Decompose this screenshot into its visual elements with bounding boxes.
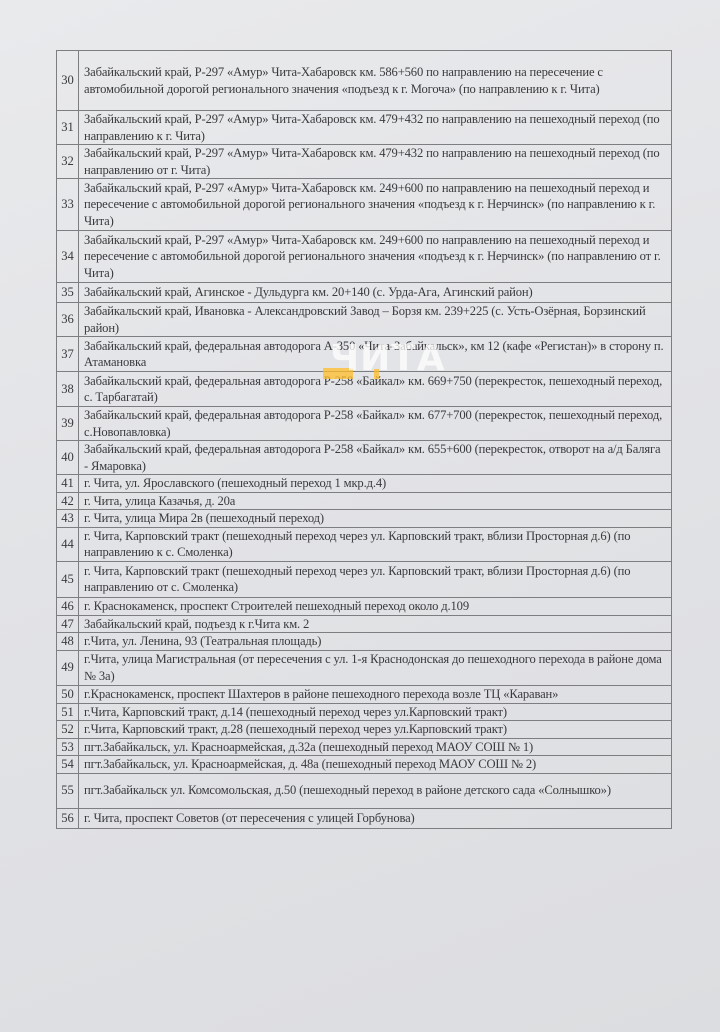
row-location-text: Забайкальский край, Р-297 «Амур» Чита-Ха…: [79, 231, 672, 283]
table-row: 52г.Чита, Карповский тракт, д.28 (пешехо…: [57, 721, 672, 739]
table-row: 55пгт.Забайкальск ул. Комсомольская, д.5…: [57, 773, 672, 808]
table-row: 38Забайкальский край, федеральная автодо…: [57, 372, 672, 407]
row-location-text: Забайкальский край, федеральная автодоро…: [79, 407, 672, 441]
row-number: 38: [57, 372, 79, 407]
row-number: 42: [57, 492, 79, 510]
row-number: 30: [57, 51, 79, 111]
row-number: 50: [57, 685, 79, 703]
row-location-text: г.Чита, улица Магистральная (от пересече…: [79, 650, 672, 685]
row-location-text: г. Чита, ул. Ярославского (пешеходный пе…: [79, 475, 672, 493]
table-row: 45г. Чита, Карповский тракт (пешеходный …: [57, 561, 672, 597]
row-location-text: Забайкальский край, федеральная автодоро…: [79, 441, 672, 475]
locations-table: 30Забайкальский край, Р-297 «Амур» Чита-…: [56, 50, 672, 829]
row-number: 33: [57, 179, 79, 231]
row-number: 36: [57, 303, 79, 337]
row-location-text: пгт.Забайкальск, ул. Красноармейская, д.…: [79, 756, 672, 774]
table-row: 31Забайкальский край, Р-297 «Амур» Чита-…: [57, 111, 672, 145]
row-location-text: г.Чита, Карповский тракт, д.14 (пешеходн…: [79, 703, 672, 721]
row-number: 44: [57, 527, 79, 561]
row-location-text: г. Чита, улица Мира 2в (пешеходный перех…: [79, 510, 672, 528]
row-location-text: Забайкальский край, федеральная автодоро…: [79, 337, 672, 372]
row-location-text: Забайкальский край, Р-297 «Амур» Чита-Ха…: [79, 179, 672, 231]
row-number: 32: [57, 145, 79, 179]
table-row: 43г. Чита, улица Мира 2в (пешеходный пер…: [57, 510, 672, 528]
table-row: 48г.Чита, ул. Ленина, 93 (Театральная пл…: [57, 633, 672, 651]
row-number: 34: [57, 231, 79, 283]
row-location-text: г.Чита, Карповский тракт, д.28 (пешеходн…: [79, 721, 672, 739]
row-location-text: Забайкальский край, Агинское - Дульдурга…: [79, 283, 672, 303]
table-row: 34Забайкальский край, Р-297 «Амур» Чита-…: [57, 231, 672, 283]
row-number: 52: [57, 721, 79, 739]
table-row: 50г.Краснокаменск, проспект Шахтеров в р…: [57, 685, 672, 703]
table-row: 44г. Чита, Карповский тракт (пешеходный …: [57, 527, 672, 561]
table-row: 46г. Краснокаменск, проспект Строителей …: [57, 597, 672, 615]
table-row: 40Забайкальский край, федеральная автодо…: [57, 441, 672, 475]
table-row: 36Забайкальский край, Ивановка - Алексан…: [57, 303, 672, 337]
row-number: 46: [57, 597, 79, 615]
row-number: 47: [57, 615, 79, 633]
row-location-text: Забайкальский край, подъезд к г.Чита км.…: [79, 615, 672, 633]
table-row: 53пгт.Забайкальск, ул. Красноармейская, …: [57, 738, 672, 756]
row-number: 48: [57, 633, 79, 651]
row-location-text: г. Чита, улица Казачья, д. 20а: [79, 492, 672, 510]
table-row: 54пгт.Забайкальск, ул. Красноармейская, …: [57, 756, 672, 774]
row-location-text: Забайкальский край, Р-297 «Амур» Чита-Ха…: [79, 111, 672, 145]
row-location-text: Забайкальский край, Ивановка - Александр…: [79, 303, 672, 337]
table-row: 42г. Чита, улица Казачья, д. 20а: [57, 492, 672, 510]
table-row: 39Забайкальский край, федеральная автодо…: [57, 407, 672, 441]
row-number: 40: [57, 441, 79, 475]
row-location-text: Забайкальский край, Р-297 «Амур» Чита-Ха…: [79, 51, 672, 111]
table-row: 56г. Чита, проспект Советов (от пересече…: [57, 808, 672, 828]
row-number: 55: [57, 773, 79, 808]
row-number: 35: [57, 283, 79, 303]
table-row: 51г.Чита, Карповский тракт, д.14 (пешехо…: [57, 703, 672, 721]
row-number: 37: [57, 337, 79, 372]
row-number: 53: [57, 738, 79, 756]
row-number: 45: [57, 561, 79, 597]
row-location-text: Забайкальский край, Р-297 «Амур» Чита-Ха…: [79, 145, 672, 179]
row-location-text: г.Краснокаменск, проспект Шахтеров в рай…: [79, 685, 672, 703]
row-location-text: г. Краснокаменск, проспект Строителей пе…: [79, 597, 672, 615]
table-body: 30Забайкальский край, Р-297 «Амур» Чита-…: [57, 51, 672, 829]
table-row: 35Забайкальский край, Агинское - Дульдур…: [57, 283, 672, 303]
row-number: 49: [57, 650, 79, 685]
row-number: 43: [57, 510, 79, 528]
row-number: 54: [57, 756, 79, 774]
row-number: 41: [57, 475, 79, 493]
row-location-text: пгт.Забайкальск, ул. Красноармейская, д.…: [79, 738, 672, 756]
row-number: 51: [57, 703, 79, 721]
table-row: 49г.Чита, улица Магистральная (от пересе…: [57, 650, 672, 685]
table-row: 41г. Чита, ул. Ярославского (пешеходный …: [57, 475, 672, 493]
row-number: 56: [57, 808, 79, 828]
row-location-text: г. Чита, Карповский тракт (пешеходный пе…: [79, 561, 672, 597]
row-location-text: г. Чита, Карповский тракт (пешеходный пе…: [79, 527, 672, 561]
row-location-text: пгт.Забайкальск ул. Комсомольская, д.50 …: [79, 773, 672, 808]
table-row: 47Забайкальский край, подъезд к г.Чита к…: [57, 615, 672, 633]
table-row: 30Забайкальский край, Р-297 «Амур» Чита-…: [57, 51, 672, 111]
row-number: 39: [57, 407, 79, 441]
row-number: 31: [57, 111, 79, 145]
row-location-text: г. Чита, проспект Советов (от пересечени…: [79, 808, 672, 828]
table-row: 37Забайкальский край, федеральная автодо…: [57, 337, 672, 372]
table-row: 33Забайкальский край, Р-297 «Амур» Чита-…: [57, 179, 672, 231]
table-row: 32Забайкальский край, Р-297 «Амур» Чита-…: [57, 145, 672, 179]
document-page: 30Забайкальский край, Р-297 «Амур» Чита-…: [0, 0, 720, 1032]
row-location-text: Забайкальский край, федеральная автодоро…: [79, 372, 672, 407]
row-location-text: г.Чита, ул. Ленина, 93 (Театральная площ…: [79, 633, 672, 651]
